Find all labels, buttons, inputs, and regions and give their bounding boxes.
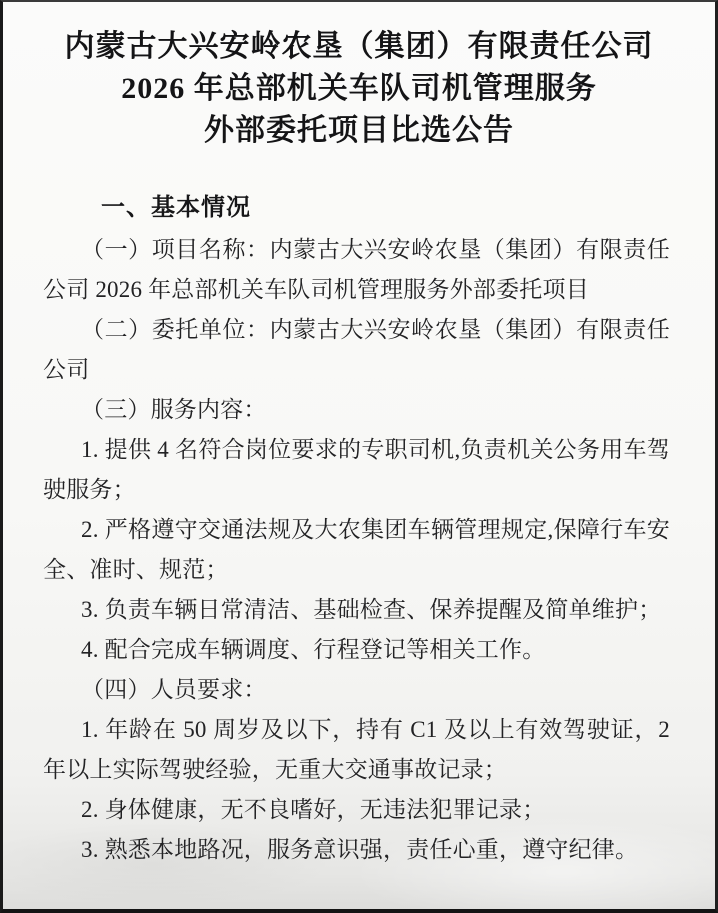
title-line-notice-type: 外部委托项目比选公告 (3, 110, 715, 152)
paragraph-personnel-requirements-label: （四）人员要求： (43, 670, 670, 710)
paragraph-entrusting-unit: （二）委托单位：内蒙古大兴安岭农垦（集团）有限责任公司 (43, 310, 670, 390)
section-heading-basic-info: 一、基本情况 (3, 186, 715, 230)
document-body: （一）项目名称：内蒙古大兴安岭农垦（集团）有限责任公司 2026 年总部机关车队… (3, 230, 715, 870)
service-item-4: 4. 配合完成车辆调度、行程登记等相关工作。 (43, 630, 670, 670)
requirement-item-1: 1. 年龄在 50 周岁及以下，持有 C1 及以上有效驾驶证，2 年以上实际驾驶… (43, 710, 670, 790)
service-item-3: 3. 负责车辆日常清洁、基础检查、保养提醒及简单维护； (43, 590, 670, 630)
document-title: 内蒙古大兴安岭农垦（集团）有限责任公司 2026 年总部机关车队司机管理服务 外… (3, 26, 715, 152)
requirement-item-2: 2. 身体健康，无不良嗜好，无违法犯罪记录； (43, 790, 670, 830)
requirement-item-3: 3. 熟悉本地路况，服务意识强，责任心重，遵守纪律。 (43, 830, 670, 870)
title-line-company: 内蒙古大兴安岭农垦（集团）有限责任公司 (3, 26, 715, 68)
service-item-2: 2. 严格遵守交通法规及大农集团车辆管理规定,保障行车安全、准时、规范； (43, 510, 670, 590)
scanned-document-page: 内蒙古大兴安岭农垦（集团）有限责任公司 2026 年总部机关车队司机管理服务 外… (0, 0, 718, 913)
paragraph-service-content-label: （三）服务内容： (43, 390, 670, 430)
paragraph-project-name: （一）项目名称：内蒙古大兴安岭农垦（集团）有限责任公司 2026 年总部机关车队… (43, 230, 670, 310)
service-item-1: 1. 提供 4 名符合岗位要求的专职司机,负责机关公务用车驾驶服务； (43, 430, 670, 510)
title-line-project: 2026 年总部机关车队司机管理服务 (3, 68, 715, 110)
